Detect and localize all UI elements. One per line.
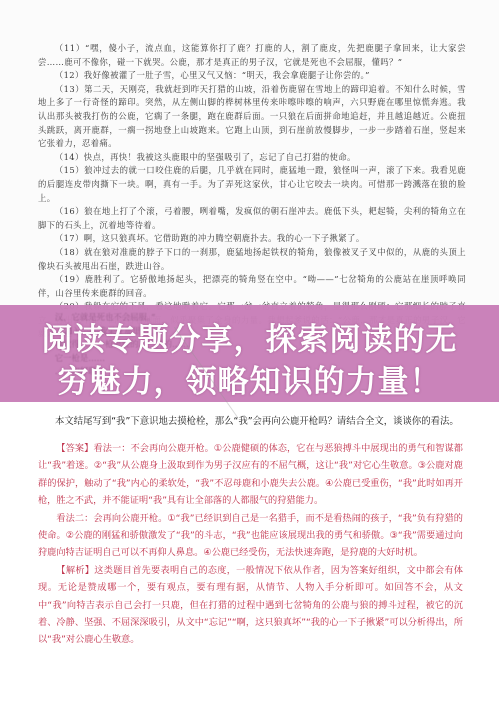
- story-paragraph-19: （19）鹿胜利了。它骄傲地扬起头，把漂亮的犄角竖在空中。“呦——”七岔犄角的公鹿…: [38, 273, 466, 300]
- answer-view-one: 【答案】看法一：不会再向公鹿开枪。①公鹿健硕的体态，它在与恶狼搏斗中展现出的勇气…: [38, 440, 463, 510]
- story-paragraph-12: （12）我好像被灌了一肚子雪，心里又气又恼：“明天，我会拿鹿腿子让你尝的。”: [38, 69, 466, 83]
- answer-view-two: 看法二：会再向公鹿开枪。①“我”已经识到自己是一名猎手，而不是看热闹的孩子，“我…: [38, 510, 463, 562]
- story-paragraph-13: （13）第二天，天刚亮，我就赶到昨天打猎的山坡，沿着伤鹿留在雪地上的蹄印追着。不…: [38, 83, 466, 151]
- story-paragraph-18: （18）就在狼对准鹿的脖子下口的一刹那，鹿猛地扬起铁杈的犄角，狼像被叉子叉中似的…: [38, 246, 466, 273]
- question-text: 本文结尾写到“我”下意识地去摸枪栓，那么“我”会再向公鹿开枪吗？请结合全文，谈谈…: [55, 415, 475, 429]
- answer-section: 【答案】看法一：不会再向公鹿开枪。①公鹿健硕的体态，它在与恶狼搏斗中展现出的勇气…: [38, 440, 463, 649]
- story-paragraph-16: （16）狼在地上打了个滚，弓着腰，咧着嘴，发疯似的朝石崖冲去。鹿低下头，耙起犄，…: [38, 205, 466, 232]
- answer-analysis: 【解析】这类题目首先要表明自己的态度，一般情况下依从作者，因为答案好组织，文中都…: [38, 562, 463, 649]
- story-paragraph-15: （15）狼冲过去的就一口咬住鹿的后腿，几乎就在同时，鹿猛地一蹬，狼怪叫一声，滚了…: [38, 164, 466, 205]
- story-paragraph-11: （11）“嘿，傻小子，流点血，这能算你打了鹿？打鹿的人，割了鹿皮，先把鹿腿子拿回…: [38, 42, 466, 69]
- story-paragraph-14: （14）快点，再快！我被这头鹿眼中的坚强吸引了，忘记了自己打猎的使命。: [38, 151, 466, 165]
- story-paragraph-17: （17）啊，这只狼真坏。它借助跑的冲力腾空朝鹿扑去。我的心一下子揪紧了。: [38, 232, 466, 246]
- story-text: （11）“嘿，傻小子，流点血，这能算你打了鹿？打鹿的人，割了鹿皮，先把鹿腿子拿回…: [38, 42, 466, 341]
- scanned-story-excerpt: （11）“嘿，傻小子，流点血，这能算你打了鹿？打鹿的人，割了鹿皮，先把鹿腿子拿回…: [0, 0, 499, 330]
